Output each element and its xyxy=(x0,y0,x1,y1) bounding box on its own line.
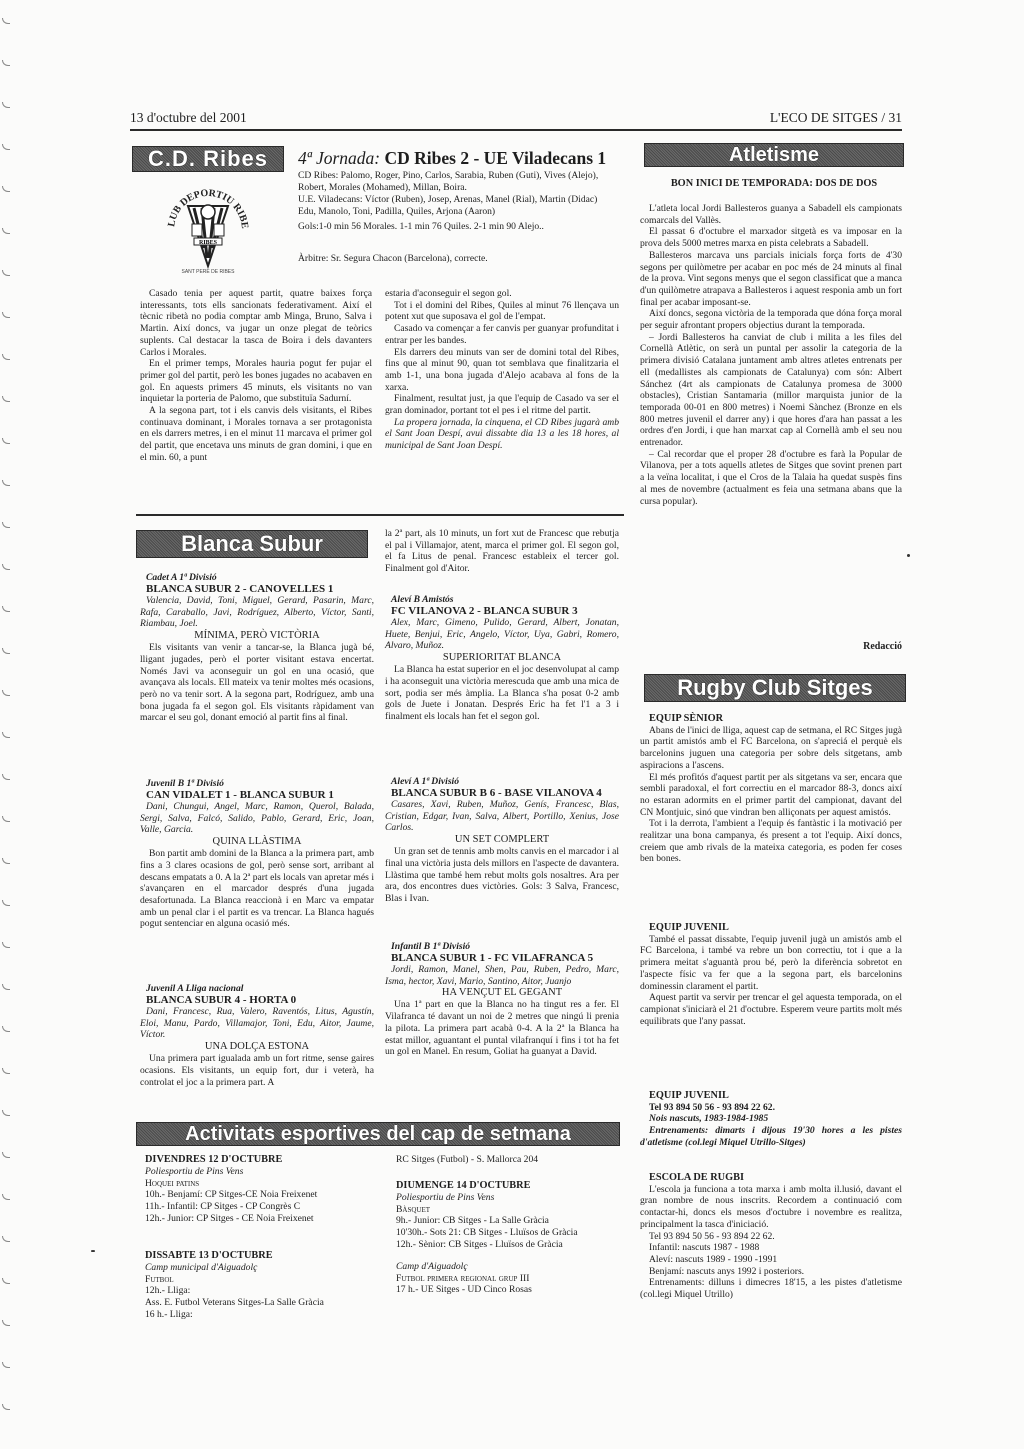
edge-mark xyxy=(2,648,10,654)
match-result: BLANCA SUBUR B 6 - BASE VILANOVA 4 xyxy=(385,787,619,799)
edge-mark xyxy=(2,858,10,864)
page-date: 13 d'octubre del 2001 xyxy=(130,110,247,126)
match-text: Una 1ª part en que la Blanca no ha tingu… xyxy=(385,999,619,1058)
publication-page: L'ECO DE SITGES / 31 xyxy=(770,110,902,126)
activitats-banner: Activitats esportives del cap de setmana xyxy=(136,1122,620,1146)
match-report: Juvenil A Lliga nacional BLANCA SUBUR 4 … xyxy=(140,983,374,1088)
match-result: BLANCA SUBUR 4 - HORTA 0 xyxy=(140,994,374,1006)
match-subtitle: UN SET COMPLERT xyxy=(385,834,619,846)
club-crest-icon: CLUB DEPORTIU RIBES RIBES SANT PERE DE R… xyxy=(160,178,256,276)
edge-mark xyxy=(2,1404,10,1410)
info-line: Tel 93 894 50 56 - 93 894 22 62. xyxy=(640,1231,902,1243)
atletisme-headline: BON INICI DE TEMPORADA: DOS DE DOS xyxy=(644,178,904,189)
schedule-item: 16 h.- Lliga: xyxy=(145,1309,381,1321)
match-subtitle: QUINA LLÀSTIMA xyxy=(140,836,374,848)
schedule-saturday: DISSABTE 13 D'OCTUBRE Camp municipal d'A… xyxy=(145,1250,381,1321)
edge-mark xyxy=(2,312,10,318)
match-text: Els visitants van venir a tancar-se, la … xyxy=(140,642,374,724)
edge-mark xyxy=(2,1068,10,1074)
contact-phone: Tel 93 894 50 56 - 93 894 22 62. xyxy=(640,1102,902,1114)
lineup-viladecans: U.E. Viladecans: Víctor (Ruben), Josep, … xyxy=(298,194,616,217)
birth-years: Nois nascuts, 1983-1984-1985 xyxy=(640,1113,902,1125)
edge-mark xyxy=(2,1026,10,1032)
section-title: ESCOLA DE RUGBI xyxy=(640,1172,902,1184)
print-mark xyxy=(91,1250,95,1252)
edge-mark xyxy=(2,984,10,990)
section-title: EQUIP JUVENIL xyxy=(640,1090,902,1102)
schedule-friday: DIVENDRES 12 D'OCTUBRE Poliesportiu de P… xyxy=(145,1154,381,1225)
paragraph: Els darrers deu minuts van ser de domini… xyxy=(385,347,619,394)
edge-mark xyxy=(2,18,10,24)
info-line: Entrenaments: dilluns i dimecres 18'15, … xyxy=(640,1277,902,1300)
match-score: CD Ribes 2 - UE Viladecans 1 xyxy=(384,148,606,168)
paragraph: Aquest partit va servir per trencar el g… xyxy=(640,992,902,1027)
edge-mark xyxy=(2,816,10,822)
schedule-item: 12h.- Junior: CP Sitges - CE Noia Freixe… xyxy=(145,1213,381,1225)
match-text: La Blanca ha estat superior en el joc de… xyxy=(385,664,619,723)
header-rule xyxy=(130,129,902,131)
paragraph: Tot i la derrota, l'ambient a l'equip és… xyxy=(640,818,902,865)
edge-mark xyxy=(2,1194,10,1200)
rugby-banner: Rugby Club Sitges xyxy=(644,674,906,702)
edge-mark xyxy=(2,564,10,570)
venue: Camp municipal d'Aiguadolç xyxy=(145,1262,381,1274)
match-text: Bon partit amb domini de la Blanca a la … xyxy=(140,848,374,930)
edge-mark xyxy=(2,1362,10,1368)
match-goals: Gols:1-0 min 56 Morales. 1-1 min 76 Quil… xyxy=(298,221,616,233)
next-match-note: La propera jornada, la cinquena, el CD R… xyxy=(385,417,619,452)
match-referee: Àrbitre: Sr. Segura Chacon (Barcelona), … xyxy=(298,253,616,265)
info-line: Infantil: nascuts 1987 - 1988 xyxy=(640,1242,902,1254)
edge-mark xyxy=(2,438,10,444)
sport: Futbol xyxy=(145,1274,381,1286)
match-subtitle: UNA DOLÇA ESTONA xyxy=(140,1041,374,1053)
atletisme-body: L'atleta local Jordi Ballesteros guanya … xyxy=(640,203,902,507)
match-result: BLANCA SUBUR 1 - FC VILAFRANCA 5 xyxy=(385,952,619,964)
edge-mark xyxy=(2,942,10,948)
match-result: CAN VIDALET 1 - BLANCA SUBUR 1 xyxy=(140,789,374,801)
svg-text:RIBES: RIBES xyxy=(199,240,218,246)
rugby-juvenil-contact: EQUIP JUVENIL Tel 93 894 50 56 - 93 894 … xyxy=(640,1090,902,1149)
svg-text:SANT PERE DE RIBES: SANT PERE DE RIBES xyxy=(182,269,236,275)
match-category: Juvenil A Lliga nacional xyxy=(140,983,374,994)
match-players: Valencia, David, Toni, Miguel, Gerard, P… xyxy=(140,595,374,630)
paragraph: Abans de l'inici de lliga, aquest cap de… xyxy=(640,725,902,772)
edge-mark xyxy=(2,60,10,66)
edge-mark xyxy=(2,354,10,360)
edge-mark xyxy=(2,480,10,486)
match-subtitle: SUPERIORITAT BLANCA xyxy=(385,652,619,664)
section-divider xyxy=(136,514,624,516)
schedule-saturday-continued: RC Sitges (Futbol) - S. Mallorca 204 xyxy=(396,1154,626,1166)
match-category: Aleví A 1ª Divisió xyxy=(385,776,619,787)
match-round: 4ª Jornada: xyxy=(298,148,380,168)
schedule-item: Ass. E. Futbol Veterans Sitges-La Salle … xyxy=(145,1297,381,1309)
paragraph: El passat 6 d'octubre el marxador sitget… xyxy=(640,226,902,249)
edge-mark xyxy=(2,774,10,780)
cd-ribes-column-2: estaria d'aconseguir el segon gol. Tot i… xyxy=(385,288,619,452)
rugby-school: ESCOLA DE RUGBI L'escola ja funciona a t… xyxy=(640,1172,902,1301)
sport: Hoquei patins xyxy=(145,1178,381,1190)
match-result: BLANCA SUBUR 2 - CANOVELLES 1 xyxy=(140,583,374,595)
schedule-sunday: DIUMENGE 14 D'OCTUBRE Poliesportiu de Pi… xyxy=(396,1180,626,1296)
schedule-item: 17 h.- UE Sitges - UD Cinco Rosas xyxy=(396,1284,626,1296)
training-schedule: Entrenaments: dimarts i dijous 19'30 hor… xyxy=(640,1125,902,1148)
match-report: Aleví A 1ª Divisió BLANCA SUBUR B 6 - BA… xyxy=(385,776,619,905)
edge-mark xyxy=(2,270,10,276)
match-subtitle: MÍNIMA, PERÒ VICTÒRIA xyxy=(140,630,374,642)
paragraph: Casado tenia per aquest partit, quatre b… xyxy=(140,288,372,358)
edge-mark xyxy=(2,1236,10,1242)
edge-mark xyxy=(2,900,10,906)
lineup-ribes: CD Ribes: Palomo, Roger, Pino, Carlos, S… xyxy=(298,170,616,193)
cd-ribes-banner: C.D. Ribes xyxy=(132,146,284,172)
paragraph: Així doncs, segona victòria de la tempor… xyxy=(640,308,902,331)
edge-mark xyxy=(2,1278,10,1284)
rugby-juvenil: EQUIP JUVENIL També el passat dissabte, … xyxy=(640,922,902,1027)
paragraph: Finalment, resultat just, ja que l'equip… xyxy=(385,393,619,416)
day-title: DIUMENGE 14 D'OCTUBRE xyxy=(396,1180,626,1192)
paragraph: En el primer temps, Morales hauria pogut… xyxy=(140,358,372,405)
day-title: DIVENDRES 12 D'OCTUBRE xyxy=(145,1154,381,1166)
rugby-senior: EQUIP SÈNIOR Abans de l'inici de lliga, … xyxy=(640,713,902,865)
paragraph: Ballesteros marcava uns parcials inicial… xyxy=(640,250,902,309)
edge-mark xyxy=(2,1320,10,1326)
match-report: Juvenil B 1ª Divisió CAN VIDALET 1 - BLA… xyxy=(140,778,374,930)
cd-ribes-column-1: Casado tenia per aquest partit, quatre b… xyxy=(140,288,372,464)
match-report: Cadet A 1ª Divisió BLANCA SUBUR 2 - CANO… xyxy=(140,572,374,724)
schedule-item: 11h.- Infantil: CP Sitges - CP Congrès C xyxy=(145,1201,381,1213)
sport: Bàsquet xyxy=(396,1204,626,1216)
match-text: Una primera part igualada amb un fort ri… xyxy=(140,1053,374,1088)
edge-mark xyxy=(2,102,10,108)
match-category: Juvenil B 1ª Divisió xyxy=(140,778,374,789)
edge-mark xyxy=(2,606,10,612)
edge-mark xyxy=(2,144,10,150)
edge-mark xyxy=(2,732,10,738)
schedule-item: 10h.- Benjamí: CP Sitges-CE Noia Freixen… xyxy=(145,1189,381,1201)
match-category: Infantil B 1ª Divisió xyxy=(385,941,619,952)
day-title: DISSABTE 13 D'OCTUBRE xyxy=(145,1250,381,1262)
venue: Camp d'Aiguadolç xyxy=(396,1261,626,1273)
blanca-subur-banner: Blanca Subur xyxy=(136,530,368,558)
schedule-item: 12h.- Sènior: CB Sitges - Lluïsos de Grà… xyxy=(396,1239,626,1251)
edge-mark xyxy=(2,690,10,696)
sport: Futbol primera regional grup III xyxy=(396,1273,626,1285)
schedule-item: 9h.- Junior: CB Sitges - La Salle Gràcia xyxy=(396,1215,626,1227)
info-line: Aleví: nascuts 1989 - 1990 -1991 xyxy=(640,1254,902,1266)
paragraph: A la segona part, tot i els canvis dels … xyxy=(140,405,372,464)
match-title: 4ª Jornada: CD Ribes 2 - UE Viladecans 1 xyxy=(298,148,606,169)
edge-mark xyxy=(2,396,10,402)
match-report: Aleví B Amistós FC VILANOVA 2 - BLANCA S… xyxy=(385,594,619,723)
section-title: EQUIP SÈNIOR xyxy=(640,713,902,725)
edge-mark xyxy=(2,522,10,528)
paragraph: També el passat dissabte, l'equip juveni… xyxy=(640,934,902,993)
print-mark xyxy=(907,554,910,557)
edge-mark xyxy=(2,1152,10,1158)
paragraph: El més profitós d'aquest partit per als … xyxy=(640,772,902,819)
match-players: Alex, Marc, Gimeno, Pulido, Gerard, Albe… xyxy=(385,617,619,652)
paragraph: L'escola ja funciona a tota marxa i amb … xyxy=(640,1184,902,1231)
match-subtitle: HA VENÇUT EL GEGANT xyxy=(385,987,619,999)
edge-mark xyxy=(2,228,10,234)
schedule-item: 12h.- Lliga: xyxy=(145,1285,381,1297)
match-category: Aleví B Amistós xyxy=(385,594,619,605)
venue: Poliesportiu de Pins Vens xyxy=(396,1192,626,1204)
section-title: EQUIP JUVENIL xyxy=(640,922,902,934)
match-category: Cadet A 1ª Divisió xyxy=(140,572,374,583)
match-players: Jordi, Ramon, Manel, Shen, Pau, Ruben, P… xyxy=(385,964,619,987)
paragraph: Casado va començar a fer canvis per guan… xyxy=(385,323,619,346)
match-text: Un gran set de tennis amb molts canvis e… xyxy=(385,846,619,905)
info-line: Benjamí: nascuts anys 1992 i posteriors. xyxy=(640,1266,902,1278)
match-players: Dani, Chungui, Angel, Marc, Ramon, Quero… xyxy=(140,801,374,836)
venue: Poliesportiu de Pins Vens xyxy=(145,1166,381,1178)
match-players: Casares, Xavi, Ruben, Muñoz, Genís, Fran… xyxy=(385,799,619,834)
paragraph: estaria d'aconseguir el segon gol. xyxy=(385,288,619,300)
match-result: FC VILANOVA 2 - BLANCA SUBUR 3 xyxy=(385,605,619,617)
atletisme-banner: Atletisme xyxy=(644,143,904,167)
edge-mark xyxy=(2,186,10,192)
edge-mark xyxy=(2,1110,10,1116)
match-players: Dani, Francesc, Rua, Valero, Raventós, L… xyxy=(140,1006,374,1041)
article-signature: Redacció xyxy=(863,641,902,652)
match-text-continued: la 2ª part, als 10 minuts, un fort xut d… xyxy=(385,528,619,575)
paragraph: Tot i el domini del Ribes, Quiles al min… xyxy=(385,300,619,323)
paragraph: – Jordi Ballesteros ha canviat de club i… xyxy=(640,332,902,449)
cd-ribes-logo: CLUB DEPORTIU RIBES RIBES SANT PERE DE R… xyxy=(160,178,256,276)
paragraph: – Cal recordar que el proper 28 d'octubr… xyxy=(640,449,902,508)
schedule-item: 10'30h.- Sots 21: CB Sitges - Lluïsos de… xyxy=(396,1227,626,1239)
paragraph: L'atleta local Jordi Ballesteros guanya … xyxy=(640,203,902,226)
match-report: Infantil B 1ª Divisió BLANCA SUBUR 1 - F… xyxy=(385,941,619,1058)
